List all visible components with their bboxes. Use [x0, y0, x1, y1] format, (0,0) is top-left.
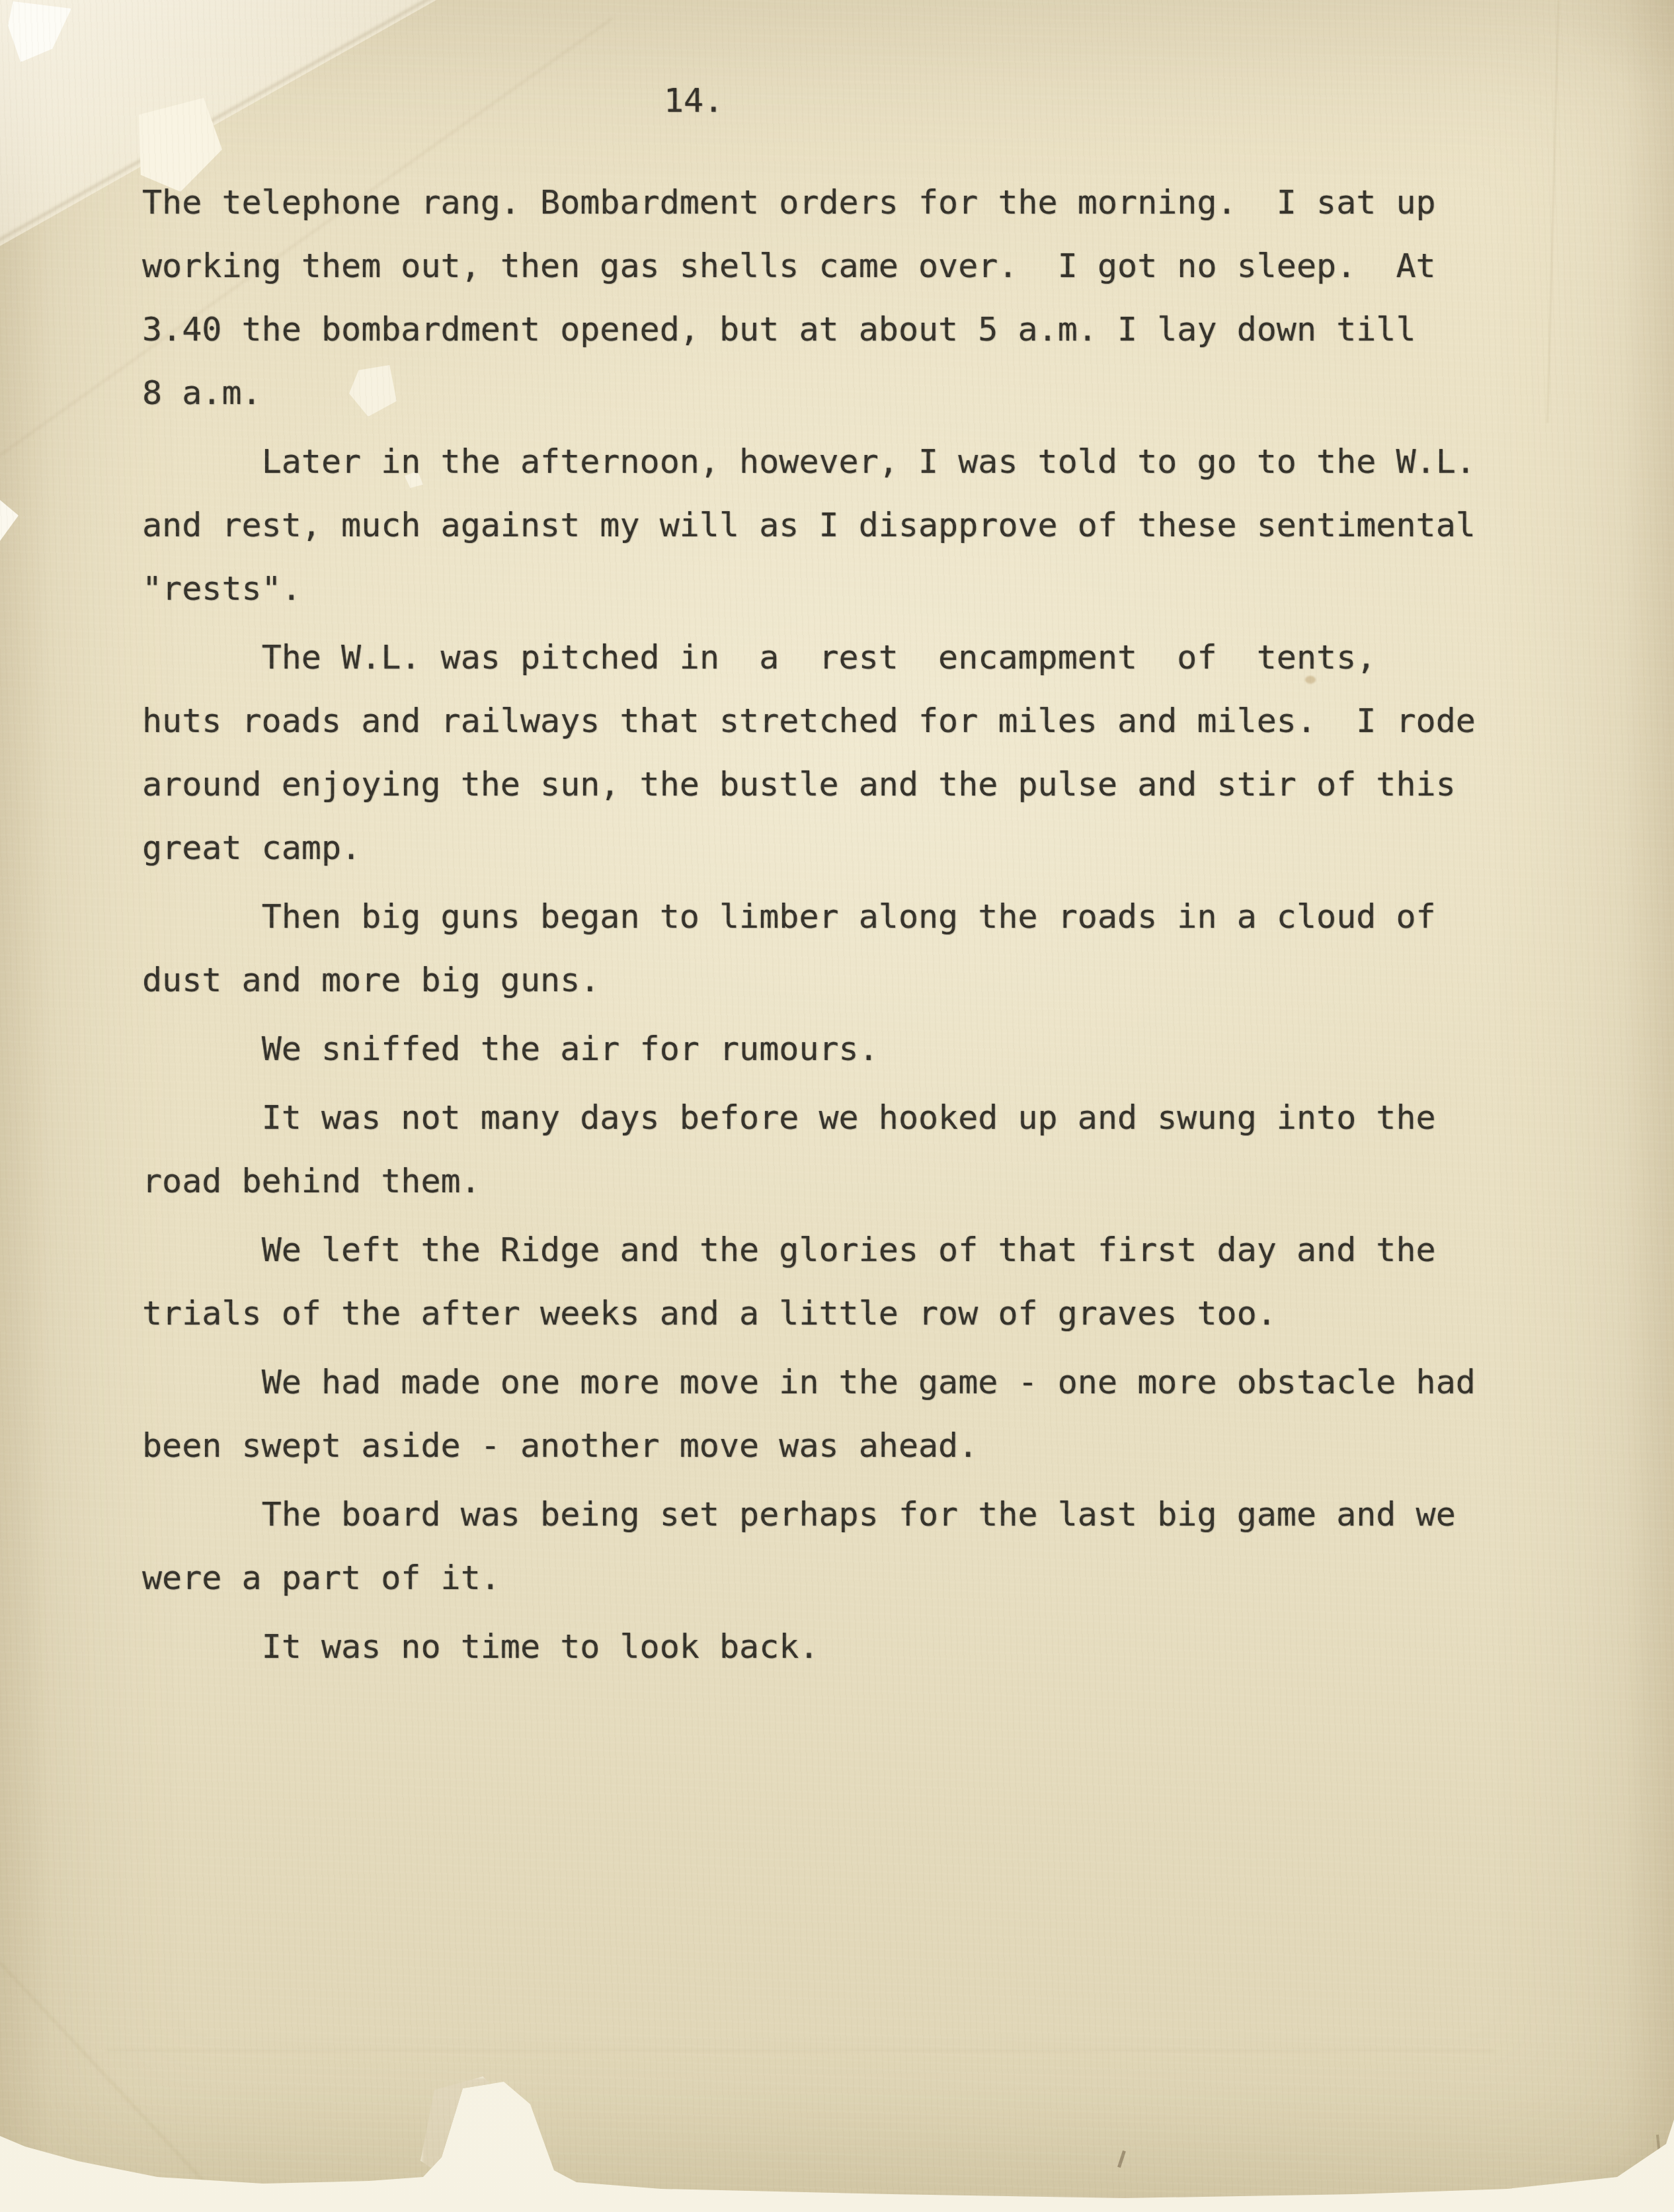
paper-page: 14. The telephone rang. Bombardment orde…	[0, 0, 1674, 2212]
paragraph-wl-pitched: The W.L. was pitched in a rest encampmen…	[142, 626, 1544, 880]
paragraph-no-time-look-back: It was no time to look back.	[142, 1615, 1544, 1678]
paper-speck	[1656, 2135, 1663, 2174]
paragraph-later-afternoon: Later in the afternoon, however, I was t…	[142, 430, 1544, 620]
crease-bottom-horizontal	[106, 2050, 1494, 2051]
document-scan: 14. The telephone rang. Bombardment orde…	[0, 0, 1674, 2212]
typed-text-block: The telephone rang. Bombardment orders f…	[142, 171, 1544, 1684]
paper-speck	[1117, 2151, 1126, 2168]
paragraph-hooked-up: It was not many days before we hooked up…	[142, 1086, 1544, 1213]
left-edge-tear	[0, 500, 19, 541]
bottom-tear-flap	[420, 2076, 559, 2189]
page-number: 14.	[664, 81, 723, 120]
vertical-crease-right	[1547, 0, 1560, 423]
paragraph-board-being-set: The board was being set perhaps for the …	[142, 1483, 1544, 1610]
paragraph-telephone-rang: The telephone rang. Bombardment orders f…	[142, 171, 1544, 425]
paragraph-left-the-ridge: We left the Ridge and the glories of tha…	[142, 1218, 1544, 1345]
paragraph-one-more-move: We had made one more move in the game - …	[142, 1350, 1544, 1477]
paragraph-big-guns: Then big guns began to limber along the …	[142, 885, 1544, 1012]
crease-bottom-left	[0, 1956, 208, 2185]
paragraph-sniffed-air: We sniffed the air for rumours.	[142, 1017, 1544, 1081]
